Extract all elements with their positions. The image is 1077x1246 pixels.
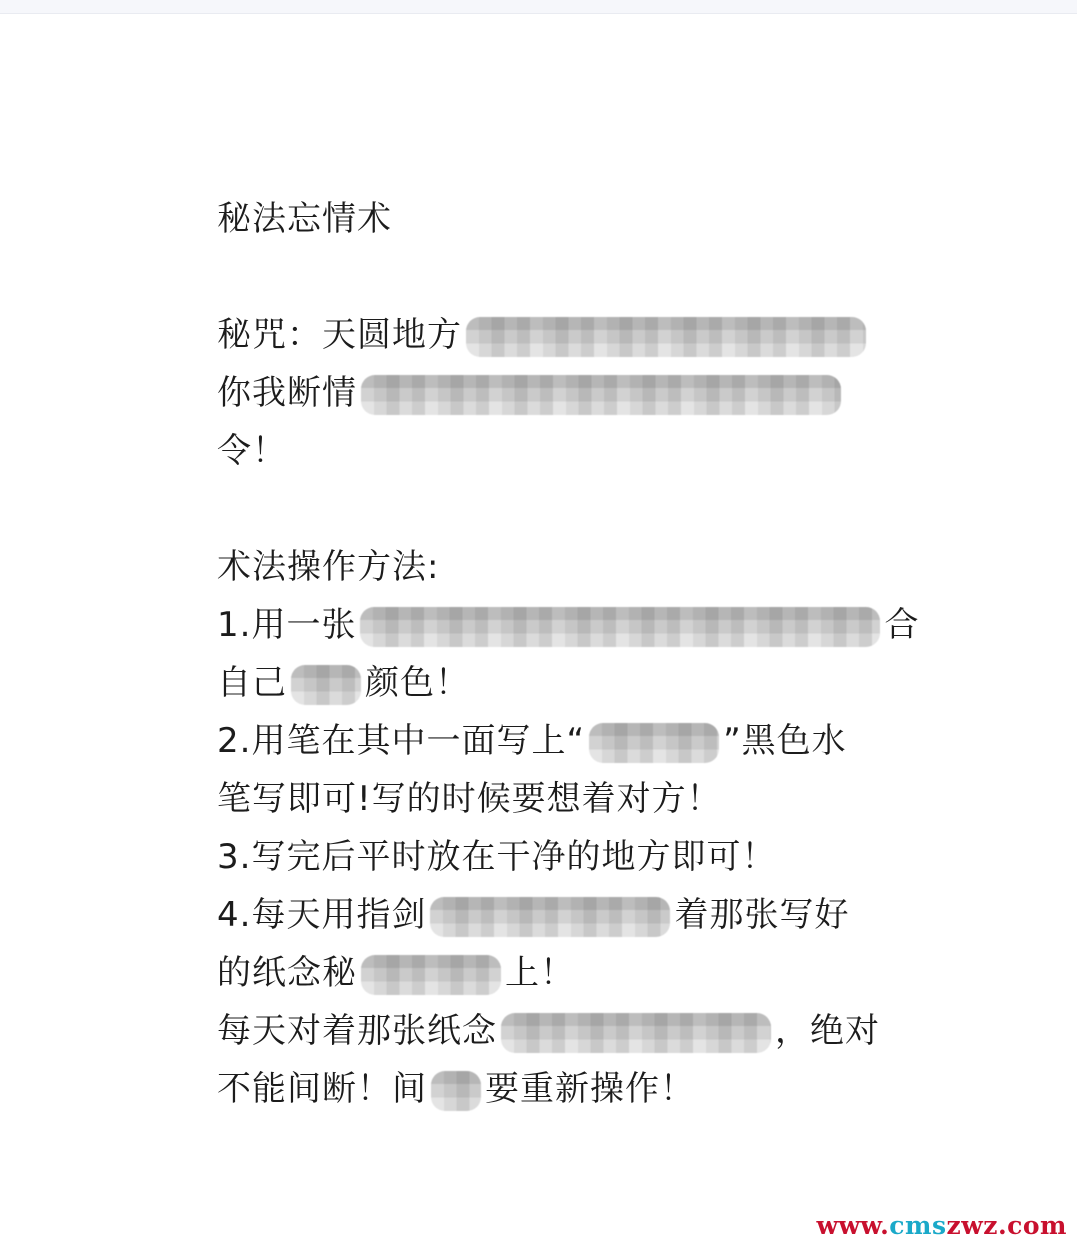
step-line: 每天对着那张纸念，绝对: [217, 1002, 937, 1060]
spell-line-3: 令！: [217, 422, 937, 480]
step-line: 2.用笔在其中一面写上“”黑色水: [217, 712, 937, 770]
redacted-block: [501, 1013, 771, 1053]
redacted-block: [589, 723, 719, 763]
step-line: 的纸念秘上！: [217, 944, 937, 1002]
site-watermark: www.cmszwz.com: [817, 1211, 1067, 1240]
top-bar: [0, 0, 1077, 14]
step-line: 笔写即可!写的时候要想着对方！: [217, 770, 937, 828]
redacted-block: [431, 1071, 481, 1111]
redacted-block: [361, 955, 501, 995]
method-heading: 术法操作方法:: [217, 538, 937, 596]
document-title: 秘法忘情术: [217, 190, 937, 248]
document-body: 秘法忘情术 秘咒：天圆地方 你我断情 令！ 术法操作方法: 1.用一张合 自己颜…: [217, 190, 937, 1118]
step-line: 4.每天用指剑着那张写好: [217, 886, 937, 944]
step-line: 不能间断！间要重新操作！: [217, 1060, 937, 1118]
redacted-block: [466, 317, 866, 357]
step-line: 自己颜色！: [217, 654, 937, 712]
redacted-block: [360, 607, 880, 647]
spell-line-2: 你我断情: [217, 364, 937, 422]
redacted-block: [291, 665, 361, 705]
redacted-block: [361, 375, 841, 415]
redacted-block: [430, 897, 670, 937]
step-line: 3.写完后平时放在干净的地方即可！: [217, 828, 937, 886]
step-line: 1.用一张合: [217, 596, 937, 654]
spell-line-1: 秘咒：天圆地方: [217, 306, 937, 364]
